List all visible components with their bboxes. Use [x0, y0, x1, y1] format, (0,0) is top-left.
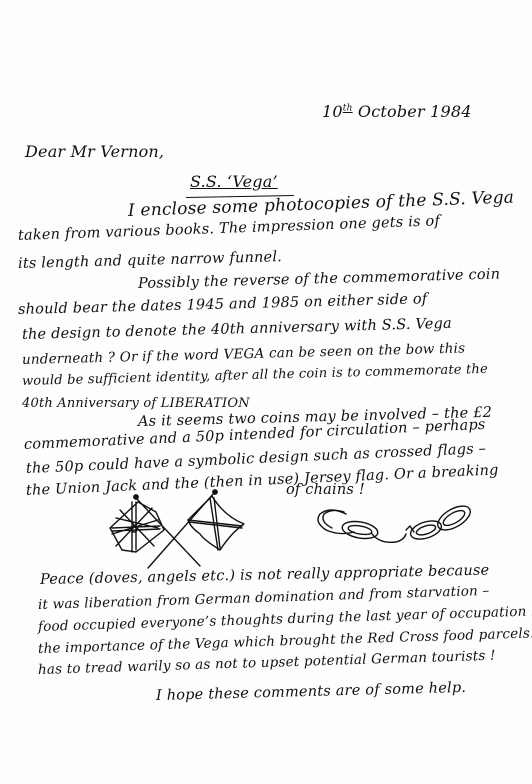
paragraph-1-line-2: taken from various books. The impression… — [18, 213, 441, 244]
greeting: Dear Mr Vernon, — [25, 142, 164, 161]
paragraph-3-line-5: of chains ! — [286, 482, 365, 498]
letter-date: 10th October 1984 — [322, 102, 472, 121]
handwritten-letter-page: 10th October 1984 Dear Mr Vernon, S.S. ‘… — [0, 0, 532, 784]
paragraph-2-line-3: the design to denote the 40th anniversar… — [22, 316, 452, 343]
paragraph-2-line-6: 40th Anniversary of LIBERATION — [22, 396, 250, 411]
closing-line: I hope these comments are of some help. — [156, 680, 467, 704]
broken-chain-sketch — [310, 500, 480, 560]
date-ordinal: th — [343, 104, 353, 114]
subject-heading: S.S. ‘Vega’ — [190, 172, 278, 191]
date-month-year: October 1984 — [358, 102, 472, 121]
paragraph-1-line-1: I enclose some photocopies of the S.S. V… — [128, 188, 515, 221]
crossed-flags-sketch — [92, 488, 272, 578]
paragraph-1-line-3: its length and quite narrow funnel. — [18, 249, 282, 272]
paragraph-2-line-1: Possibly the reverse of the commemorativ… — [138, 267, 501, 292]
date-day: 10 — [322, 102, 343, 121]
paragraph-2-line-2: should bear the dates 1945 and 1985 on e… — [18, 291, 428, 318]
